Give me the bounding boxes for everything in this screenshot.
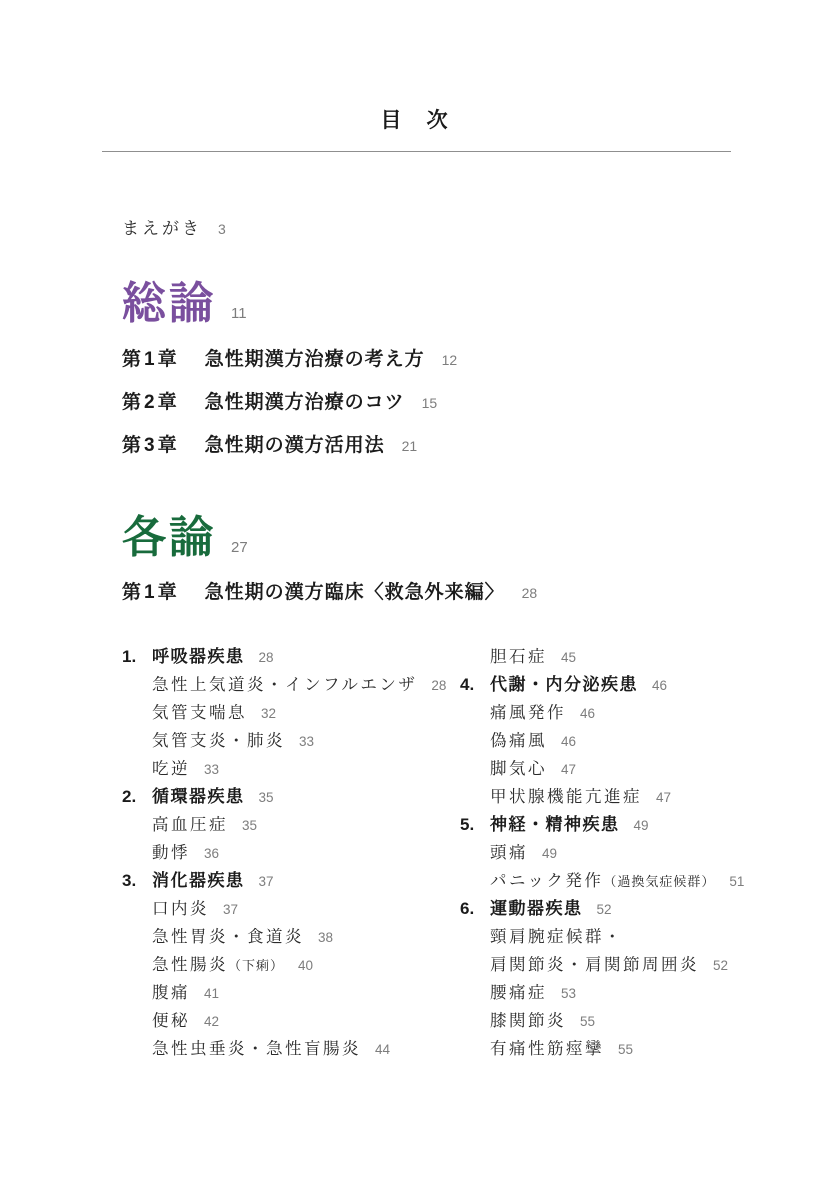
souron-chapter-list: 第1章 急性期漢方治療の考え方 12 第2章 急性期漢方治療のコツ 15 第3章… — [122, 344, 740, 473]
chapter-page: 15 — [422, 395, 438, 411]
toc-page-number: 44 — [375, 1036, 390, 1064]
chapter-page: 21 — [402, 438, 418, 454]
toc-entry-label: 便秘 — [152, 1007, 190, 1035]
part-title-kakuron: 各論 — [122, 513, 216, 564]
toc-page-number: 55 — [618, 1036, 633, 1064]
toc-entry-label: 偽痛風 — [490, 727, 547, 755]
toc-sub-row: 気管支炎・肺炎 33 — [122, 727, 460, 755]
toc-heading-label: 循環器疾患 — [152, 783, 245, 811]
toc-page-number: 46 — [561, 728, 576, 756]
toc-page-number: 33 — [204, 756, 219, 784]
toc-entry-label: 急性腸炎 — [152, 951, 228, 979]
toc-heading-number: 6. — [460, 895, 490, 923]
chapter-number: 第2章 — [122, 387, 180, 414]
toc-page-number: 52 — [597, 896, 612, 924]
part-page-souron: 11 — [231, 305, 247, 322]
chapter-title: 急性期の漢方臨床〈救急外来編〉 — [205, 577, 505, 604]
toc-heading-label: 消化器疾患 — [152, 867, 245, 895]
toc-entry-label: 急性胃炎・食道炎 — [152, 923, 304, 951]
chapter-row: 第3章 急性期の漢方活用法 21 — [122, 430, 740, 473]
chapter-row: 第1章 急性期の漢方臨床〈救急外来編〉 28 — [122, 577, 740, 620]
toc-page-number: 37 — [259, 868, 274, 896]
toc-page-number: 49 — [634, 812, 649, 840]
toc-entry-label: 気管支喘息 — [152, 699, 247, 727]
chapter-number: 第1章 — [122, 577, 180, 604]
toc-content: まえがき 3 総論 11 第1章 急性期漢方治療の考え方 12 第2章 急性期漢… — [0, 214, 830, 1063]
toc-sub-row: 気管支喘息 32 — [122, 699, 460, 727]
toc-sub-row: 高血圧症 35 — [122, 811, 460, 839]
toc-sub-row: 腹痛 41 — [122, 979, 460, 1007]
toc-page-number: 36 — [204, 840, 219, 868]
toc-heading-label: 代謝・内分泌疾患 — [490, 671, 638, 699]
toc-sub-row: 脚気心 47 — [460, 755, 744, 783]
toc-heading-label: 神経・精神疾患 — [490, 811, 620, 839]
chapter-title: 急性期漢方治療のコツ — [205, 387, 405, 414]
toc-page-number: 42 — [204, 1008, 219, 1036]
toc-sub-row: 便秘 42 — [122, 1007, 460, 1035]
page-title: 目 次 — [0, 0, 830, 134]
toc-entry-label: 有痛性筋痙攣 — [490, 1035, 604, 1063]
chapter-row: 第2章 急性期漢方治療のコツ 15 — [122, 387, 740, 430]
toc-heading-number: 5. — [460, 811, 490, 839]
toc-entry-label: 高血圧症 — [152, 811, 228, 839]
preface-page: 3 — [218, 221, 226, 237]
toc-entry-label: 口内炎 — [152, 895, 209, 923]
toc-entry-label: 急性上気道炎・インフルエンザ — [152, 671, 417, 699]
toc-sub-row: 急性胃炎・食道炎 38 — [122, 923, 460, 951]
toc-page-number: 28 — [259, 644, 274, 672]
toc-heading-row: 6. 運動器疾患 52 — [460, 895, 744, 923]
part-title-souron: 総論 — [122, 279, 216, 330]
toc-entry-label: 頭痛 — [490, 839, 528, 867]
toc-page-number: 28 — [431, 672, 446, 700]
toc-sub-row: 胆石症 45 — [460, 643, 744, 671]
toc-entry-label: 腹痛 — [152, 979, 190, 1007]
toc-columns: 1. 呼吸器疾患 28 急性上気道炎・インフルエンザ 28 気管支喘息 32 気… — [122, 643, 740, 1063]
chapter-title: 急性期漢方治療の考え方 — [205, 344, 425, 371]
toc-heading-number: 2. — [122, 783, 152, 811]
toc-sub-row: 膝関節炎 55 — [460, 1007, 744, 1035]
toc-heading-number: 4. — [460, 671, 490, 699]
toc-sub-row: 吃逆 33 — [122, 755, 460, 783]
frontmatter-entry: まえがき 3 — [122, 214, 740, 239]
toc-page-number: 49 — [542, 840, 557, 868]
toc-entry-label: 気管支炎・肺炎 — [152, 727, 285, 755]
toc-page-number: 51 — [729, 868, 744, 896]
toc-page: 目 次 まえがき 3 総論 11 第1章 急性期漢方治療の考え方 12 第2章 … — [0, 0, 830, 1177]
toc-page-number: 53 — [561, 980, 576, 1008]
toc-heading-number: 1. — [122, 643, 152, 671]
chapter-row: 第1章 急性期漢方治療の考え方 12 — [122, 344, 740, 387]
toc-entry-label-small: （下痢） — [228, 952, 284, 980]
toc-page-number: 47 — [561, 756, 576, 784]
toc-entry-label: 膝関節炎 — [490, 1007, 566, 1035]
toc-entry-label: 急性虫垂炎・急性盲腸炎 — [152, 1035, 361, 1063]
toc-heading-row: 1. 呼吸器疾患 28 — [122, 643, 460, 671]
toc-sub-row: 頭痛 49 — [460, 839, 744, 867]
toc-sub-row: 痛風発作 46 — [460, 699, 744, 727]
preface-label: まえがき — [122, 214, 202, 239]
toc-entry-label-small: （過換気症候群） — [603, 868, 715, 896]
toc-sub-row: 急性虫垂炎・急性盲腸炎 44 — [122, 1035, 460, 1063]
toc-page-number: 46 — [652, 672, 667, 700]
toc-heading-row: 2. 循環器疾患 35 — [122, 783, 460, 811]
toc-heading-row: 5. 神経・精神疾患 49 — [460, 811, 744, 839]
toc-sub-row: 偽痛風 46 — [460, 727, 744, 755]
toc-page-number: 38 — [318, 924, 333, 952]
part-heading-souron: 総論 11 — [122, 279, 740, 330]
toc-entry-label: 肩関節炎・肩関節周囲炎 — [490, 951, 699, 979]
toc-page-number: 35 — [259, 784, 274, 812]
toc-sub-row: 口内炎 37 — [122, 895, 460, 923]
toc-heading-number: 3. — [122, 867, 152, 895]
chapter-title: 急性期の漢方活用法 — [205, 430, 385, 457]
toc-entry-label: 吃逆 — [152, 755, 190, 783]
toc-sub-row: 急性腸炎 （下痢） 40 — [122, 951, 460, 979]
toc-heading-row: 3. 消化器疾患 37 — [122, 867, 460, 895]
toc-sub-row: 頸肩腕症候群・ — [460, 923, 744, 951]
toc-entry-label: 痛風発作 — [490, 699, 566, 727]
toc-heading-label: 呼吸器疾患 — [152, 643, 245, 671]
toc-page-number: 46 — [580, 700, 595, 728]
chapter-page: 12 — [442, 352, 458, 368]
toc-heading-row: 4. 代謝・内分泌疾患 46 — [460, 671, 744, 699]
toc-sub-row: 甲状腺機能亢進症 47 — [460, 783, 744, 811]
toc-sub-row: 急性上気道炎・インフルエンザ 28 — [122, 671, 460, 699]
toc-column-right: 胆石症 45 4. 代謝・内分泌疾患 46 痛風発作 46 偽痛風 46 脚 — [460, 643, 744, 1063]
chapter-page: 28 — [522, 585, 538, 601]
toc-entry-label: 頸肩腕症候群・ — [490, 923, 623, 951]
toc-entry-label: 動悸 — [152, 839, 190, 867]
toc-page-number: 47 — [656, 784, 671, 812]
toc-heading-label: 運動器疾患 — [490, 895, 583, 923]
toc-entry-label: 甲状腺機能亢進症 — [490, 783, 642, 811]
toc-sub-row: パニック発作 （過換気症候群） 51 — [460, 867, 744, 895]
toc-page-number: 40 — [298, 952, 313, 980]
toc-sub-row: 動悸 36 — [122, 839, 460, 867]
toc-entry-label: 脚気心 — [490, 755, 547, 783]
toc-entry-label: 胆石症 — [490, 643, 547, 671]
part-heading-kakuron: 各論 27 — [122, 513, 740, 564]
chapter-number: 第1章 — [122, 344, 180, 371]
kakuron-chapter-list: 第1章 急性期の漢方臨床〈救急外来編〉 28 — [122, 577, 740, 620]
toc-page-number: 52 — [713, 952, 728, 980]
chapter-number: 第3章 — [122, 430, 180, 457]
toc-page-number: 37 — [223, 896, 238, 924]
toc-page-number: 41 — [204, 980, 219, 1008]
toc-page-number: 33 — [299, 728, 314, 756]
toc-page-number: 55 — [580, 1008, 595, 1036]
part-page-kakuron: 27 — [231, 539, 248, 556]
toc-page-number: 32 — [261, 700, 276, 728]
toc-sub-row: 有痛性筋痙攣 55 — [460, 1035, 744, 1063]
divider-rule — [102, 151, 731, 152]
toc-page-number: 35 — [242, 812, 257, 840]
toc-entry-label: パニック発作 — [490, 867, 603, 895]
toc-entry-label: 腰痛症 — [490, 979, 547, 1007]
toc-sub-row: 肩関節炎・肩関節周囲炎 52 — [460, 951, 744, 979]
toc-page-number: 45 — [561, 644, 576, 672]
toc-column-left: 1. 呼吸器疾患 28 急性上気道炎・インフルエンザ 28 気管支喘息 32 気… — [122, 643, 460, 1063]
toc-sub-row: 腰痛症 53 — [460, 979, 744, 1007]
